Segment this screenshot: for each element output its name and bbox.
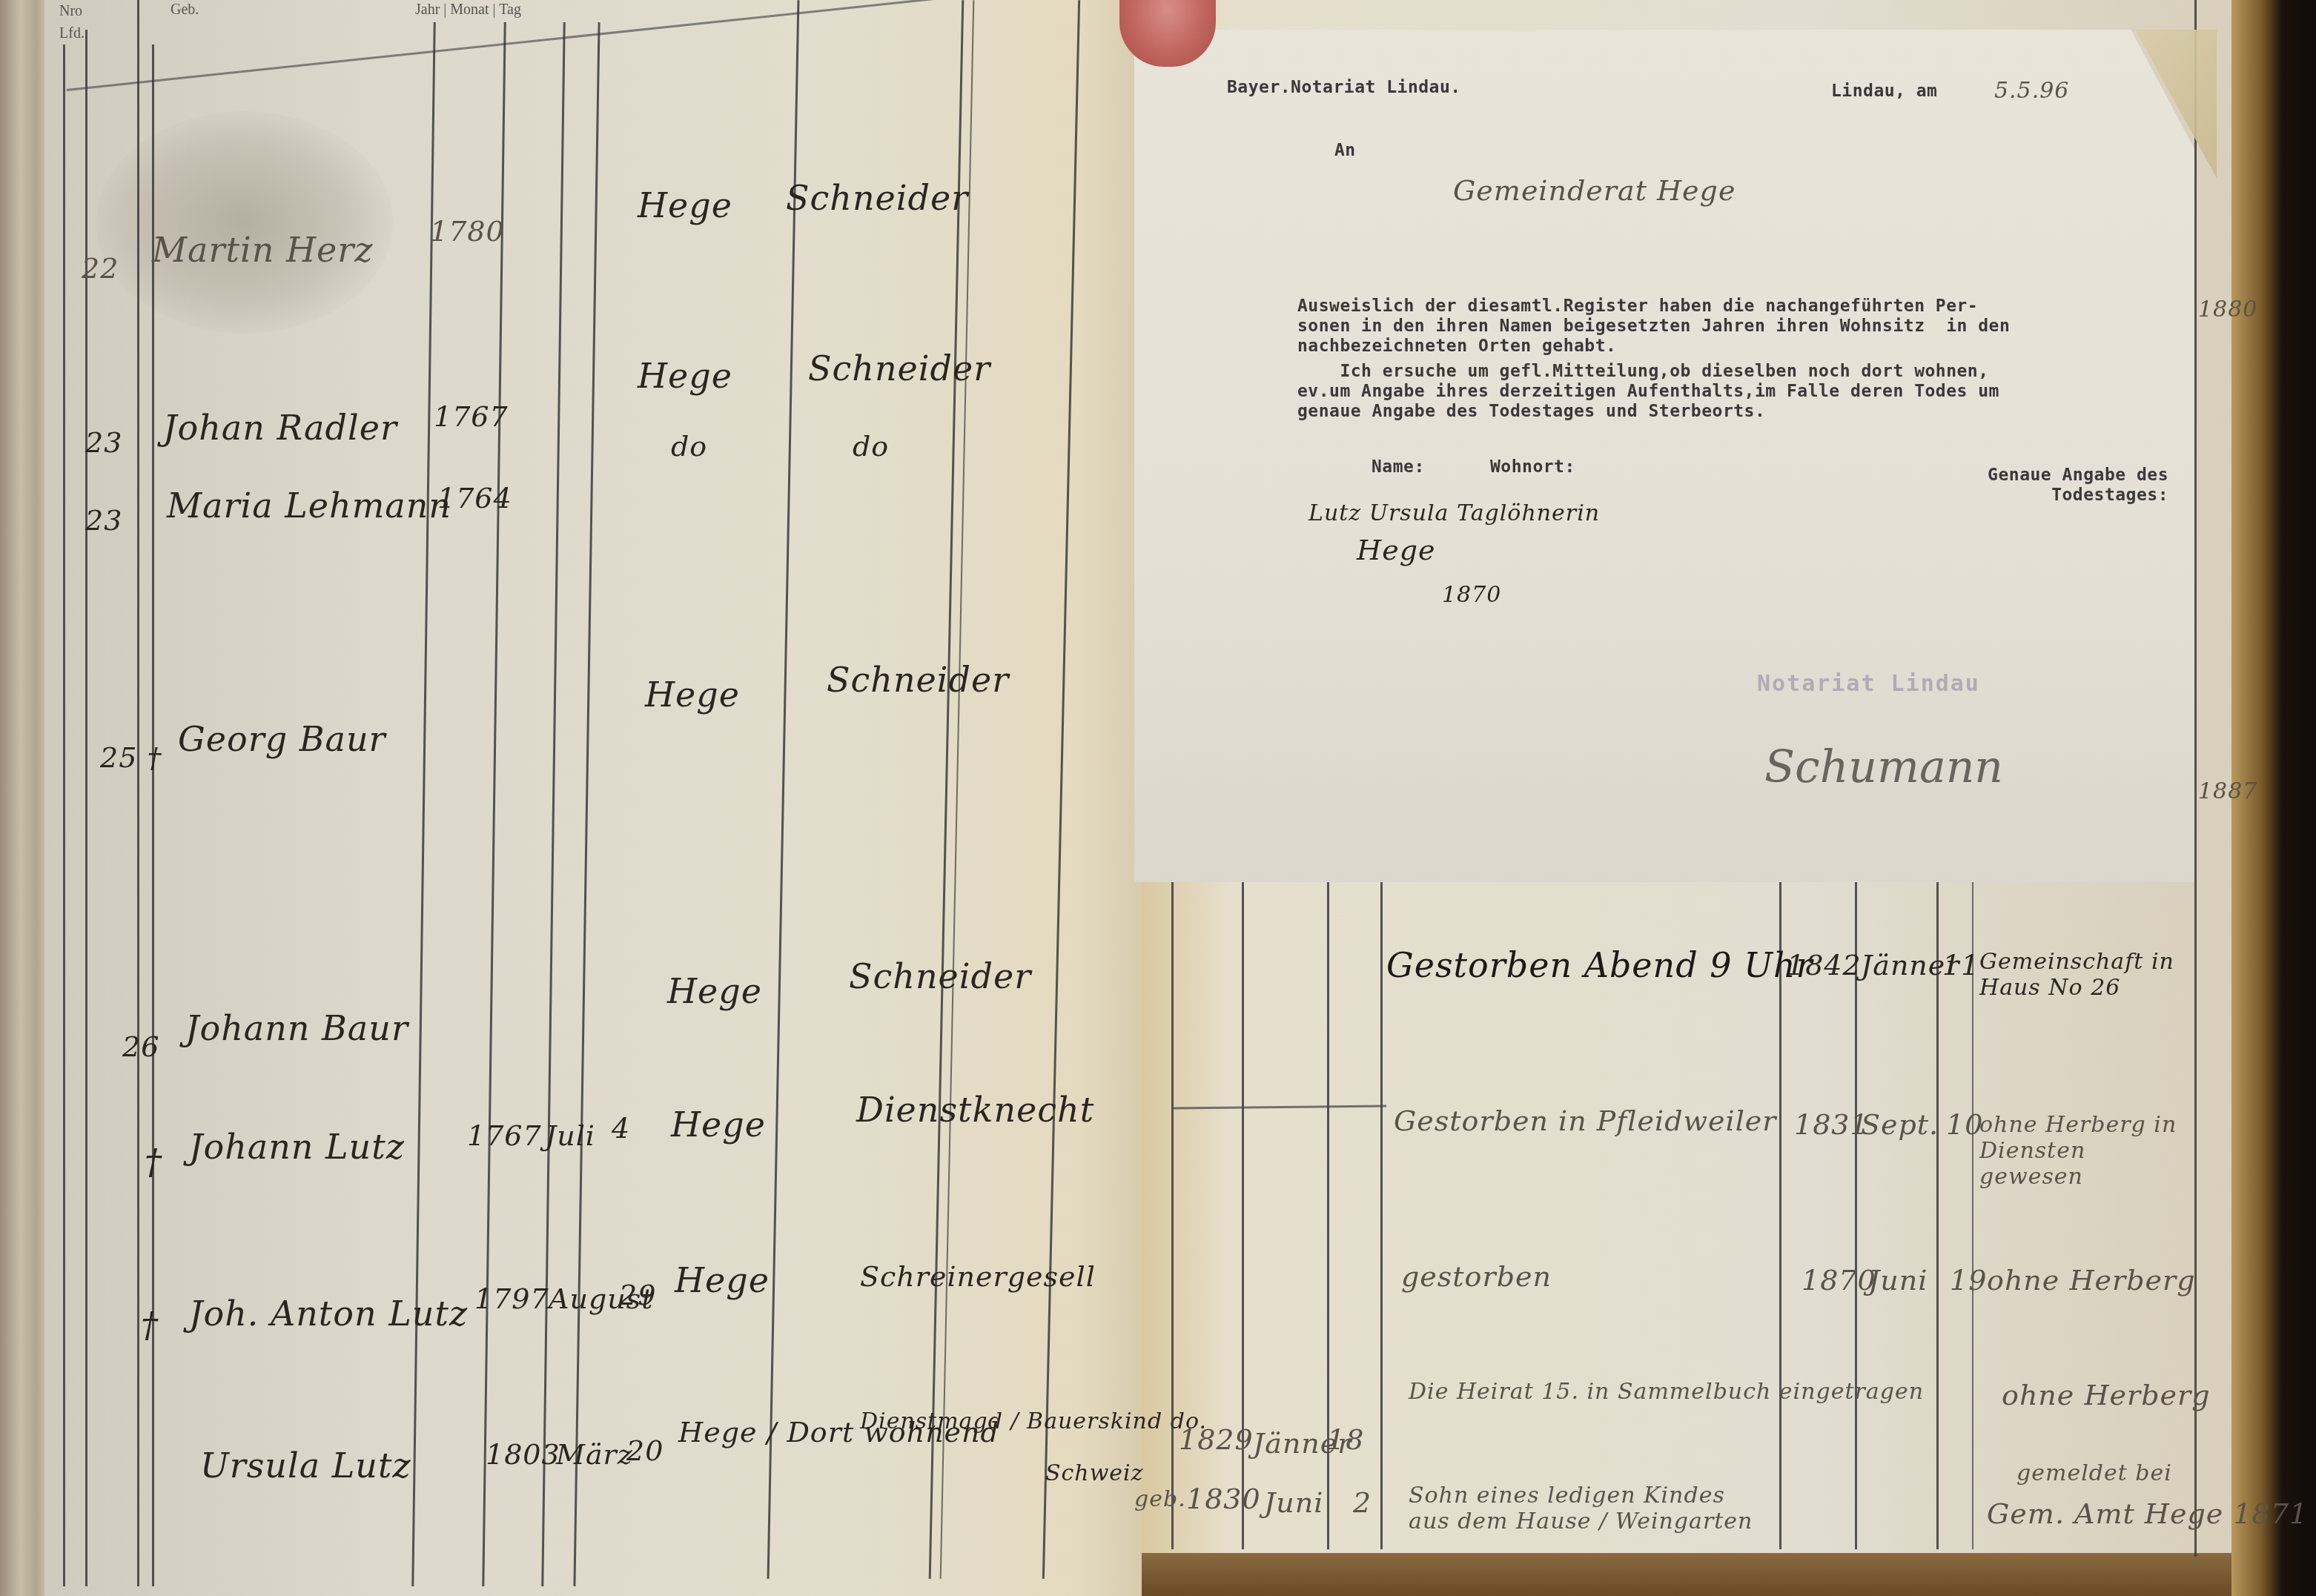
letter-date: 5.5.96 bbox=[1994, 78, 2069, 104]
entry-status: Schneider bbox=[786, 178, 968, 218]
entry-place: Hege bbox=[667, 971, 762, 1011]
death-year: 1831 bbox=[1794, 1108, 1869, 1141]
column-rule bbox=[1171, 882, 1174, 1549]
entry-year: 1803 bbox=[486, 1438, 560, 1471]
entry-number: 25 † bbox=[100, 741, 162, 774]
col-number-label: Nro bbox=[59, 3, 82, 20]
death-note: Gem. Amt Hege 1871 bbox=[1987, 1497, 2308, 1530]
entry-day: 29 bbox=[619, 1279, 656, 1311]
water-stain bbox=[96, 111, 393, 334]
entry-status: do bbox=[853, 430, 889, 463]
death-note: ohne Herberg bbox=[1987, 1264, 2196, 1297]
margin-year: 1887 bbox=[2198, 778, 2257, 804]
entry-day: 20 bbox=[626, 1434, 664, 1467]
death-note: gemeldet bei bbox=[2016, 1460, 2172, 1486]
notary-stamp: Notariat Lindau bbox=[1757, 671, 1980, 697]
letter-paragraph-2: Ich ersuche um gefl.Mitteilung,ob diesel… bbox=[1297, 362, 1999, 422]
entry-name: Maria Lehmann bbox=[167, 486, 451, 526]
entry-status: Schreinergesell bbox=[860, 1260, 1096, 1293]
death-remark: gestorben bbox=[1401, 1260, 1552, 1293]
entry-year: 1780 bbox=[430, 215, 505, 248]
entry-name: Johan Radler bbox=[163, 408, 397, 448]
entry-place: Hege bbox=[671, 1105, 766, 1145]
death-year: 1870 bbox=[1801, 1264, 1876, 1297]
letter-paragraph-1: Ausweislich der diesamtl.Register haben … bbox=[1297, 297, 2010, 357]
letter-col-name: Name: bbox=[1372, 457, 1425, 477]
entry-name: Ursula Lutz bbox=[200, 1446, 411, 1486]
letter-recipient: Gemeinderat Hege bbox=[1453, 174, 1736, 207]
notary-letter bbox=[1134, 30, 2194, 882]
entry-status: Schneider bbox=[849, 956, 1031, 996]
column-rule bbox=[1855, 882, 1857, 1549]
letter-entry-year: 1870 bbox=[1442, 582, 1501, 608]
notary-signature: Schumann bbox=[1764, 741, 2003, 793]
death-day: 10 bbox=[1946, 1108, 1983, 1141]
entry-name: Johann Lutz bbox=[189, 1127, 405, 1167]
entry-status: Dienstknecht bbox=[856, 1090, 1094, 1130]
death-note: ohne Herberg in Diensten gewesen bbox=[1979, 1112, 2187, 1190]
record-day: 18 bbox=[1327, 1423, 1364, 1456]
letter-sender: Bayer.Notariat Lindau. bbox=[1227, 78, 1461, 97]
death-cross: † bbox=[141, 1305, 159, 1345]
record-prefix: geb. bbox=[1134, 1486, 1186, 1512]
margin-note: Schweiz bbox=[1045, 1460, 1144, 1486]
entry-place: Hege bbox=[645, 675, 740, 715]
death-day: 19 bbox=[1950, 1264, 1987, 1297]
book-cover-bottom bbox=[1142, 1553, 2231, 1596]
birth-header: Geb. bbox=[171, 1, 199, 19]
entry-status: Dienstmagd / Bauerskind do. bbox=[860, 1408, 1207, 1434]
entry-year: 1764 bbox=[437, 482, 512, 514]
letter-col-residence: Wohnort: bbox=[1490, 457, 1575, 477]
entry-status: Schneider bbox=[827, 660, 1009, 700]
entry-day: 4 bbox=[612, 1112, 630, 1145]
record-year: 1830 bbox=[1186, 1483, 1261, 1515]
entry-year: 1797 bbox=[474, 1282, 549, 1315]
column-rule bbox=[137, 0, 139, 1586]
entry-name: Martin Herz bbox=[152, 230, 374, 270]
death-remark: Die Heirat 15. in Sammelbuch eingetragen bbox=[1409, 1379, 1924, 1405]
column-rule bbox=[1936, 882, 1939, 1549]
death-day: 11 bbox=[1942, 949, 1979, 981]
letter-to-label: An bbox=[1334, 141, 1356, 160]
death-remark: Gestorben Abend 9 Uhr bbox=[1386, 945, 1813, 985]
letter-col-death-date: Genaue Angabe des Todestages: bbox=[1953, 466, 2168, 506]
death-year: 1842 bbox=[1787, 949, 1862, 981]
death-note: ohne Herberg bbox=[2002, 1379, 2211, 1411]
entry-month: Juli bbox=[545, 1119, 595, 1152]
death-remark: Sohn eines ledigen Kindes aus dem Hause … bbox=[1409, 1483, 1764, 1534]
entry-name: Johann Baur bbox=[185, 1008, 408, 1048]
column-rule bbox=[1972, 882, 1973, 1549]
col-number-value: Lfd. bbox=[59, 25, 85, 42]
left-page-header: Nro Lfd. Geb. Jahr | Monat | Tag bbox=[44, 0, 1142, 59]
entry-number: 22 bbox=[82, 252, 119, 285]
letter-place-date-prefix: Lindau, am bbox=[1831, 82, 1937, 101]
entry-place: Hege bbox=[638, 356, 732, 396]
entry-month: März bbox=[556, 1438, 633, 1471]
death-month: Sept. bbox=[1861, 1108, 1939, 1141]
death-cross: † bbox=[145, 1142, 162, 1182]
entry-place: do bbox=[671, 430, 707, 463]
entry-number: 23 bbox=[85, 426, 122, 459]
letter-entry-place: Hege bbox=[1357, 534, 1435, 566]
date-subheader: Jahr | Monat | Tag bbox=[415, 1, 521, 19]
record-month: Juni bbox=[1264, 1486, 1323, 1519]
record-year: 1829 bbox=[1179, 1423, 1254, 1456]
entry-year: 1767 bbox=[467, 1119, 542, 1152]
entry-place: Hege bbox=[638, 185, 732, 225]
record-day: 2 bbox=[1353, 1486, 1372, 1519]
death-remark: Gestorben in Pfleidweiler bbox=[1394, 1105, 1776, 1137]
entry-place: Hege bbox=[675, 1260, 770, 1300]
entry-number: 23 bbox=[85, 504, 122, 537]
column-rule bbox=[2194, 0, 2197, 1557]
entry-name: Georg Baur bbox=[178, 719, 386, 759]
entry-year: 1767 bbox=[434, 400, 509, 433]
entry-name: Joh. Anton Lutz bbox=[189, 1294, 468, 1334]
letter-entry-name: Lutz Ursula Taglöhnerin bbox=[1308, 500, 1600, 526]
column-rule bbox=[152, 44, 154, 1586]
death-month: Juni bbox=[1868, 1264, 1928, 1297]
column-rule bbox=[1380, 882, 1383, 1549]
column-rule bbox=[63, 44, 65, 1586]
margin-year: 1880 bbox=[2198, 297, 2257, 322]
entry-number: 26 bbox=[122, 1030, 159, 1063]
entry-status: Schneider bbox=[808, 348, 990, 388]
death-note: Gemeinschaft in Haus No 26 bbox=[1979, 949, 2187, 1001]
